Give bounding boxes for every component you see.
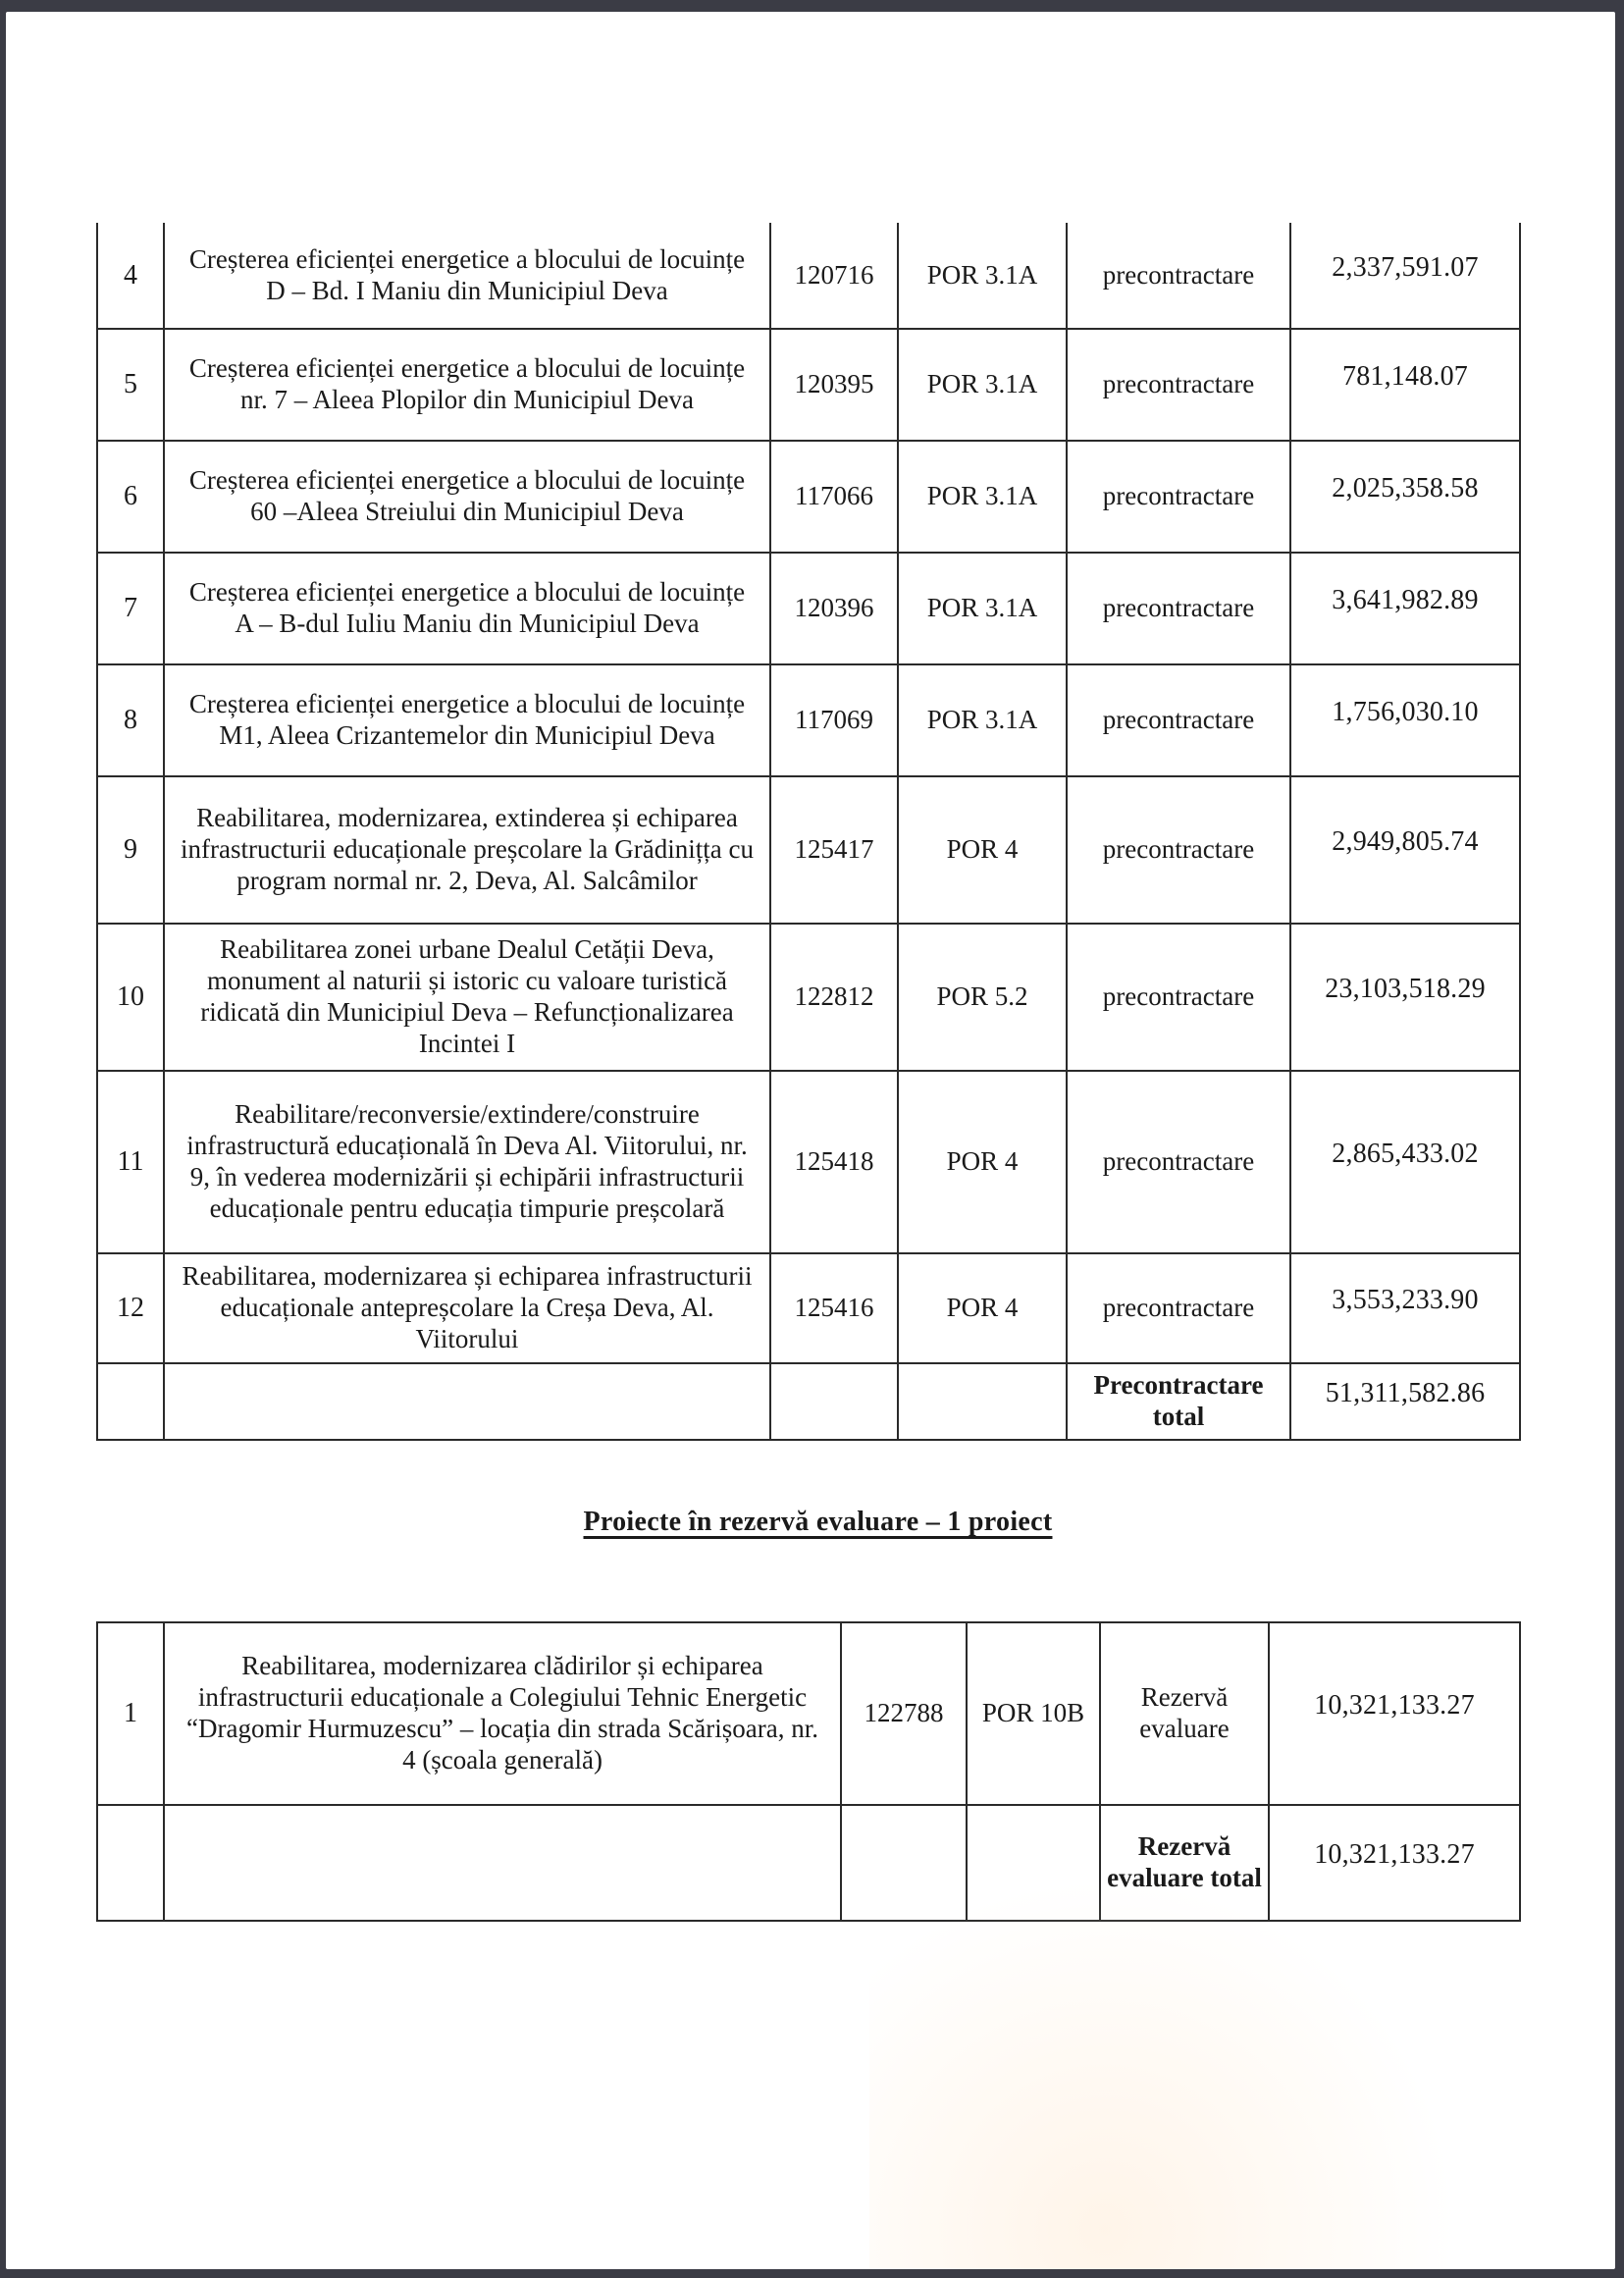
- total-value: 51,311,582.86: [1290, 1363, 1520, 1440]
- empty-cell: [164, 1363, 770, 1440]
- project-code: 125417: [770, 776, 898, 924]
- table-row: 6 Creșterea eficienței energetice a bloc…: [97, 441, 1520, 553]
- project-status: precontractare: [1067, 553, 1290, 664]
- table-row: 8 Creșterea eficienței energetice a bloc…: [97, 664, 1520, 776]
- row-number: 6: [97, 441, 164, 553]
- empty-cell: [770, 1363, 898, 1440]
- project-value: 1,756,030.10: [1290, 664, 1520, 776]
- empty-cell: [967, 1805, 1100, 1921]
- row-number: 8: [97, 664, 164, 776]
- table-row: 9 Reabilitarea, modernizarea, extinderea…: [97, 776, 1520, 924]
- empty-cell: [164, 1805, 841, 1921]
- project-title: Creșterea eficienței energetice a blocul…: [164, 664, 770, 776]
- row-number: 7: [97, 553, 164, 664]
- project-title: Creșterea eficienței energetice a blocul…: [164, 553, 770, 664]
- table-row: 10 Reabilitarea zonei urbane Dealul Cetă…: [97, 924, 1520, 1071]
- program-axis: POR 10B: [967, 1622, 1100, 1805]
- project-status: precontractare: [1067, 441, 1290, 553]
- project-status: precontractare: [1067, 223, 1290, 329]
- precontractare-projects-table: 4 Creșterea eficienței energetice a bloc…: [96, 223, 1521, 1441]
- project-title: Creșterea eficienței energetice a blocul…: [164, 223, 770, 329]
- project-title: Reabilitarea zonei urbane Dealul Cetății…: [164, 924, 770, 1071]
- program-axis: POR 4: [898, 1253, 1067, 1363]
- project-value: 2,865,433.02: [1290, 1071, 1520, 1253]
- project-value: 23,103,518.29: [1290, 924, 1520, 1071]
- project-code: 120395: [770, 329, 898, 441]
- section-heading-rezerva: Proiecte în rezervă evaluare – 1 proiect: [6, 1507, 1624, 1538]
- total-label: Rezervă evaluare total: [1100, 1805, 1269, 1921]
- document-page: 4 Creșterea eficienței energetice a bloc…: [6, 12, 1615, 2269]
- project-status: Rezervă evaluare: [1100, 1622, 1269, 1805]
- program-axis: POR 3.1A: [898, 553, 1067, 664]
- row-number: 12: [97, 1253, 164, 1363]
- empty-cell: [841, 1805, 967, 1921]
- row-number: 5: [97, 329, 164, 441]
- program-axis: POR 3.1A: [898, 664, 1067, 776]
- project-value: 3,553,233.90: [1290, 1253, 1520, 1363]
- empty-cell: [97, 1363, 164, 1440]
- total-label: Precontractare total: [1067, 1363, 1290, 1440]
- empty-cell: [97, 1805, 164, 1921]
- project-code: 117066: [770, 441, 898, 553]
- project-title: Reabilitare/reconversie/extindere/constr…: [164, 1071, 770, 1253]
- program-axis: POR 4: [898, 1071, 1067, 1253]
- project-title: Reabilitarea, modernizarea clădirilor și…: [164, 1622, 841, 1805]
- table-row: 12 Reabilitarea, modernizarea și echipar…: [97, 1253, 1520, 1363]
- total-row: Precontractare total 51,311,582.86: [97, 1363, 1520, 1440]
- program-axis: POR 4: [898, 776, 1067, 924]
- project-code: 122812: [770, 924, 898, 1071]
- project-code: 125418: [770, 1071, 898, 1253]
- table-row: 5 Creșterea eficienței energetice a bloc…: [97, 329, 1520, 441]
- table-row: 7 Creșterea eficienței energetice a bloc…: [97, 553, 1520, 664]
- project-value: 2,337,591.07: [1290, 223, 1520, 329]
- program-axis: POR 3.1A: [898, 223, 1067, 329]
- project-status: precontractare: [1067, 329, 1290, 441]
- project-value: 10,321,133.27: [1269, 1622, 1520, 1805]
- project-status: precontractare: [1067, 1071, 1290, 1253]
- project-value: 3,641,982.89: [1290, 553, 1520, 664]
- project-value: 781,148.07: [1290, 329, 1520, 441]
- project-code: 125416: [770, 1253, 898, 1363]
- project-status: precontractare: [1067, 776, 1290, 924]
- project-title: Creșterea eficienței energetice a blocul…: [164, 329, 770, 441]
- project-status: precontractare: [1067, 924, 1290, 1071]
- row-number: 4: [97, 223, 164, 329]
- table-row: 4 Creșterea eficienței energetice a bloc…: [97, 223, 1520, 329]
- rezerva-evaluare-table: 1 Reabilitarea, modernizarea clădirilor …: [96, 1621, 1521, 1922]
- project-value: 2,025,358.58: [1290, 441, 1520, 553]
- project-value: 2,949,805.74: [1290, 776, 1520, 924]
- row-number: 9: [97, 776, 164, 924]
- table-row: 1 Reabilitarea, modernizarea clădirilor …: [97, 1622, 1520, 1805]
- total-row: Rezervă evaluare total 10,321,133.27: [97, 1805, 1520, 1921]
- table-row: 11 Reabilitare/reconversie/extindere/con…: [97, 1071, 1520, 1253]
- program-axis: POR 5.2: [898, 924, 1067, 1071]
- project-title: Reabilitarea, modernizarea, extinderea ș…: [164, 776, 770, 924]
- program-axis: POR 3.1A: [898, 441, 1067, 553]
- empty-cell: [898, 1363, 1067, 1440]
- row-number: 1: [97, 1622, 164, 1805]
- project-title: Reabilitarea, modernizarea și echiparea …: [164, 1253, 770, 1363]
- total-value: 10,321,133.27: [1269, 1805, 1520, 1921]
- program-axis: POR 3.1A: [898, 329, 1067, 441]
- project-code: 120396: [770, 553, 898, 664]
- project-code: 120716: [770, 223, 898, 329]
- project-code: 117069: [770, 664, 898, 776]
- project-title: Creșterea eficienței energetice a blocul…: [164, 441, 770, 553]
- project-status: precontractare: [1067, 1253, 1290, 1363]
- row-number: 10: [97, 924, 164, 1071]
- project-status: precontractare: [1067, 664, 1290, 776]
- row-number: 11: [97, 1071, 164, 1253]
- project-code: 122788: [841, 1622, 967, 1805]
